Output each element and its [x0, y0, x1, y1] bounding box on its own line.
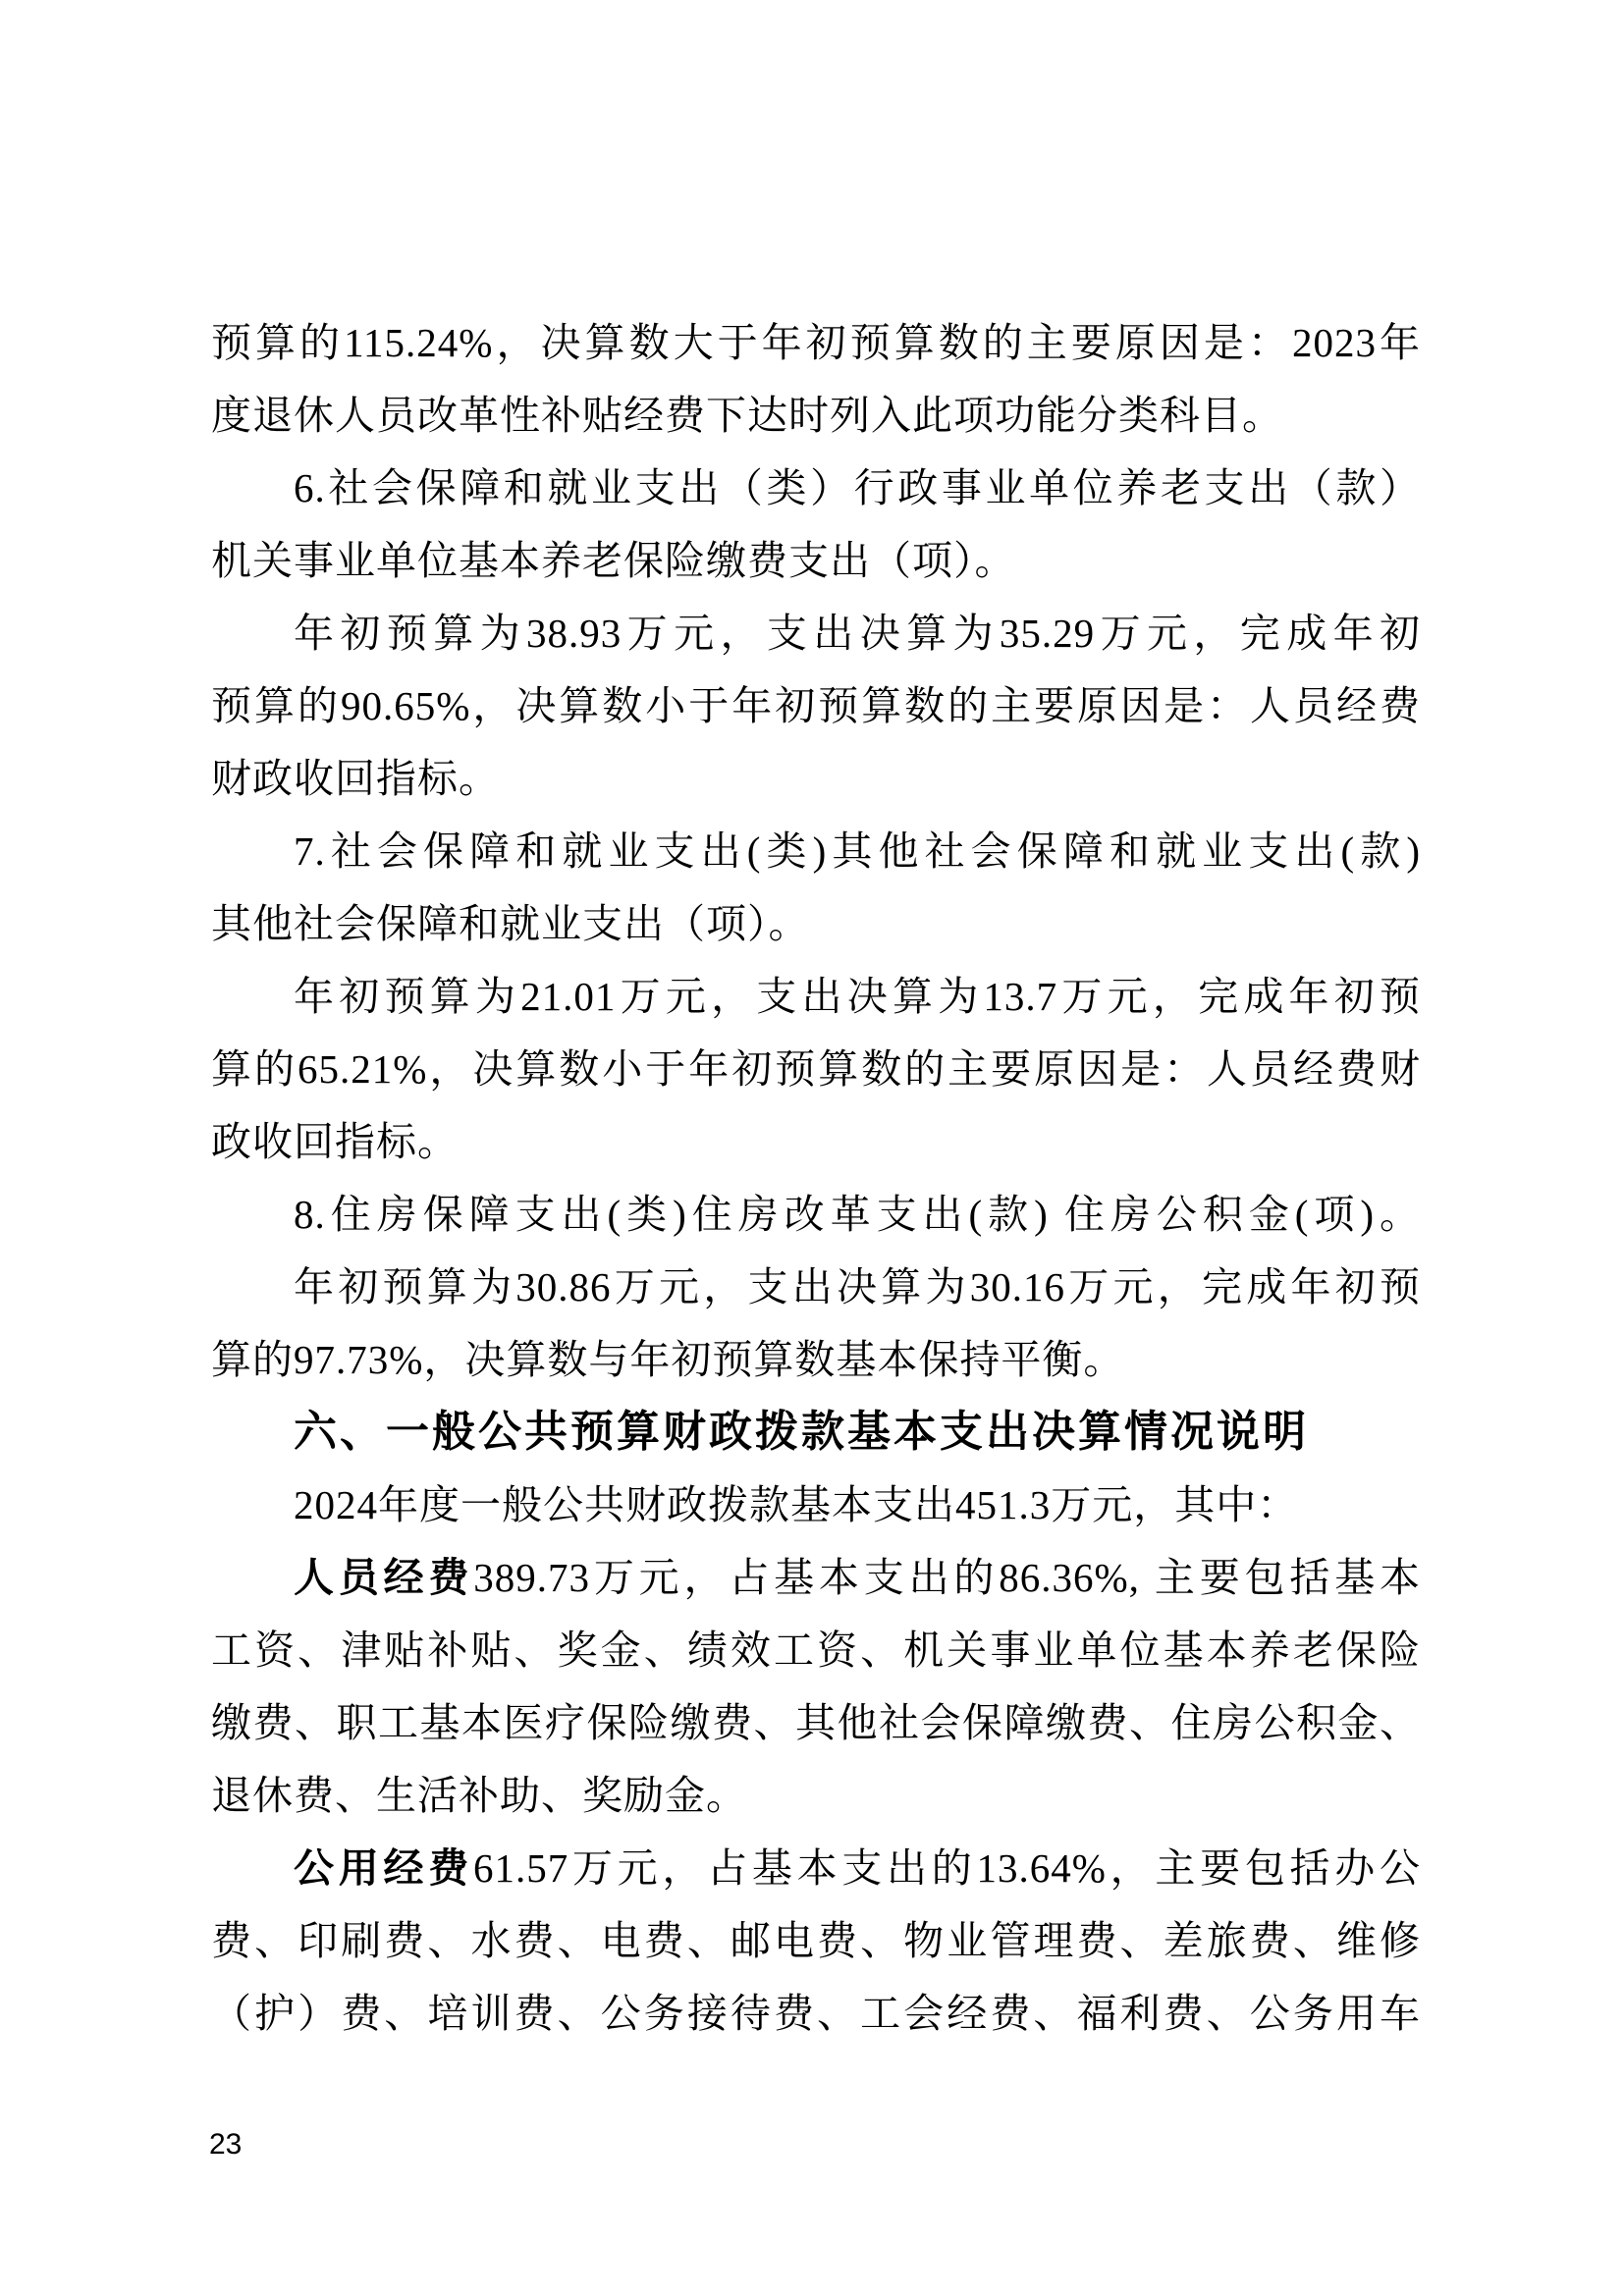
doc-line: 公用经费61.57万元，占基本支出的13.64%，主要包括办公 — [211, 1832, 1421, 1904]
doc-line: 8.住房保障支出(类)住房改革支出(款) 住房公积金(项)。 — [211, 1178, 1421, 1251]
doc-line: 工资、津贴补贴、奖金、绩效工资、机关事业单位基本养老保险 — [211, 1614, 1421, 1686]
doc-line-text: 389.73万元，占基本支出的86.36%, 主要包括基本 — [473, 1555, 1421, 1600]
text-block: 预算的115.24%，决算数大于年初预算数的主要原因是：2023年 度退休人员改… — [211, 306, 1421, 2050]
doc-line: 缴费、职工基本医疗保险缴费、其他社会保障缴费、住房公积金、 — [211, 1686, 1421, 1759]
doc-line: 2024年度一般公共财政拨款基本支出451.3万元，其中： — [211, 1468, 1421, 1541]
emphasis-label: 人员经费 — [294, 1555, 473, 1600]
doc-line: 年初预算为21.01万元，支出决算为13.7万元，完成年初预 — [211, 960, 1421, 1033]
doc-line: 年初预算为38.93万元，支出决算为35.29万元，完成年初 — [211, 597, 1421, 669]
doc-line: （护）费、培训费、公务接待费、工会经费、福利费、公务用车 — [211, 1977, 1421, 2050]
doc-line: 6.社会保障和就业支出（类）行政事业单位养老支出（款） — [211, 452, 1421, 524]
doc-line-text: 61.57万元，占基本支出的13.64%，主要包括办公 — [473, 1845, 1421, 1891]
doc-line: 机关事业单位基本养老保险缴费支出（项）。 — [211, 524, 1421, 597]
doc-line: 退休费、生活补助、奖励金。 — [211, 1759, 1421, 1832]
doc-line: 财政收回指标。 — [211, 742, 1421, 815]
doc-line: 7.社会保障和就业支出(类)其他社会保障和就业支出(款) — [211, 815, 1421, 887]
doc-line: 其他社会保障和就业支出（项）。 — [211, 887, 1421, 960]
doc-line: 算的65.21%，决算数小于年初预算数的主要原因是：人员经费财 — [211, 1033, 1421, 1105]
document-page: 预算的115.24%，决算数大于年初预算数的主要原因是：2023年 度退休人员改… — [0, 0, 1624, 2296]
doc-line: 预算的115.24%，决算数大于年初预算数的主要原因是：2023年 — [211, 306, 1421, 379]
doc-line: 预算的90.65%，决算数小于年初预算数的主要原因是：人员经费 — [211, 669, 1421, 742]
doc-line: 度退休人员改革性补贴经费下达时列入此项功能分类科目。 — [211, 379, 1421, 452]
doc-line: 费、印刷费、水费、电费、邮电费、物业管理费、差旅费、维修 — [211, 1904, 1421, 1977]
section-heading: 六、一般公共预算财政拨款基本支出决算情况说明 — [211, 1396, 1421, 1468]
doc-line: 年初预算为30.86万元，支出决算为30.16万元，完成年初预 — [211, 1251, 1421, 1323]
doc-line: 算的97.73%，决算数与年初预算数基本保持平衡。 — [211, 1323, 1421, 1396]
doc-line: 政收回指标。 — [211, 1105, 1421, 1178]
doc-line: 人员经费389.73万元，占基本支出的86.36%, 主要包括基本 — [211, 1541, 1421, 1614]
emphasis-label: 公用经费 — [294, 1845, 473, 1891]
page-number: 23 — [209, 2128, 242, 2162]
